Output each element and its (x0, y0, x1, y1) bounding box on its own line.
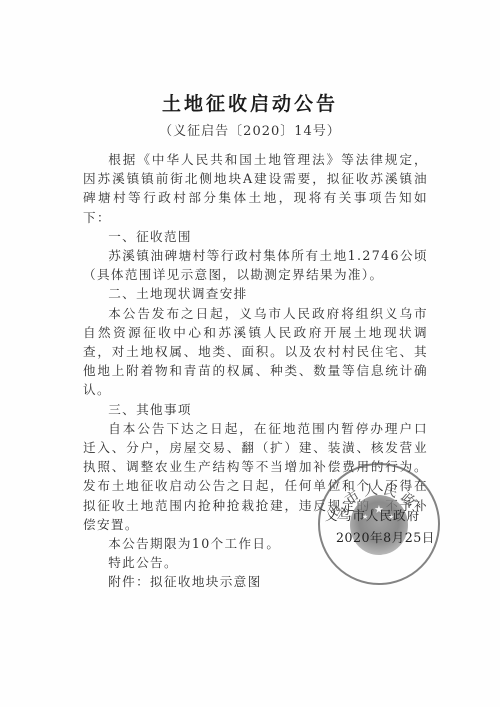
intro-paragraph: 根据《中华人民共和国土地管理法》等法律规定，因苏溪镇镇前街北侧地块A建设需要，拟… (83, 150, 428, 227)
survey-paragraph: 本公告发布之日起，义乌市人民政府将组织义乌市自然资源征收中心和苏溪镇人民政府开展… (83, 304, 428, 400)
signature-date: 2020年8月25日 (336, 527, 435, 546)
document-number: （义征启告〔2020〕14号） (0, 120, 500, 139)
national-emblem-icon: ★ ★ ★ (350, 495, 408, 555)
document-page: 土地征收启动公告 （义征启告〔2020〕14号） 根据《中华人民共和国土地管理法… (0, 0, 500, 707)
scope-paragraph: 苏溪镇油碑塘村等行政村集体所有土地1.2746公顷（具体范围详见示意图，以勘测定… (83, 246, 428, 284)
signature-organization: 义乌市人民政府 (325, 505, 420, 524)
section-heading-scope: 一、征收范围 (83, 227, 428, 246)
official-seal: 乌市人民政 ★ ★ ★ (318, 463, 440, 585)
section-heading-other: 三、其他事项 (83, 400, 428, 419)
document-title: 土地征收启动公告 (0, 89, 500, 116)
section-heading-survey: 二、土地现状调查安排 (83, 284, 428, 303)
